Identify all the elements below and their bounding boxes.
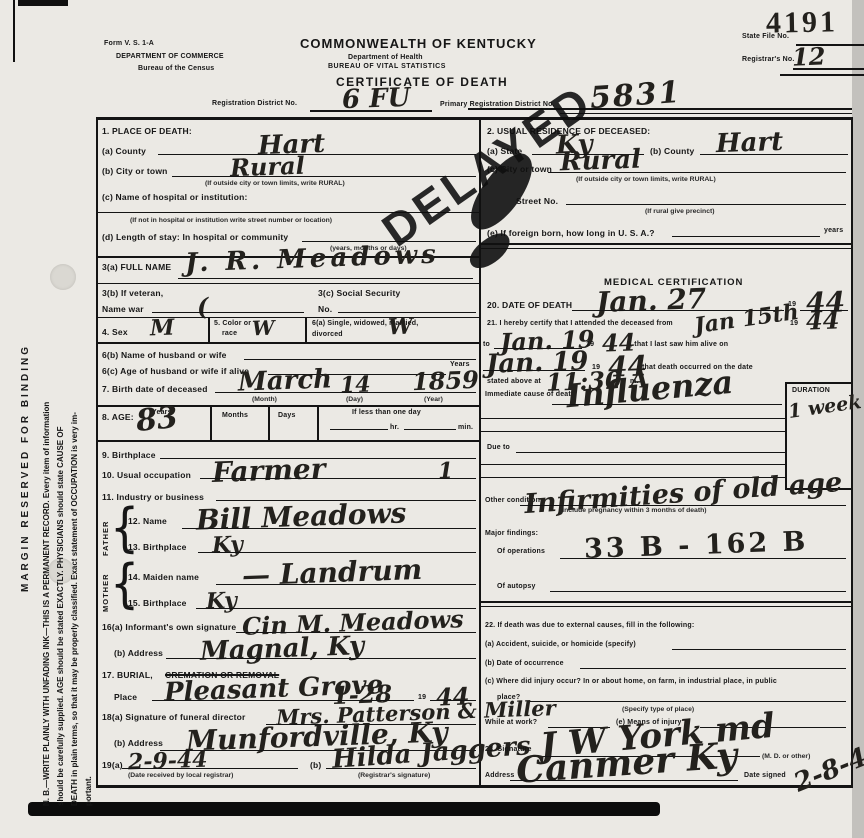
rule xyxy=(481,418,785,419)
form-border-right xyxy=(851,117,853,788)
of-operations-label: Of operations xyxy=(497,548,545,555)
rule xyxy=(310,110,432,112)
md-or-other-note: (M. D. or other) xyxy=(762,753,810,760)
street-location-note: (If not in hospital or institution write… xyxy=(130,217,332,224)
social-security-no-label: No. xyxy=(318,304,332,314)
where-injury-place-label: place? xyxy=(497,694,520,701)
father-name-value: Bill Meadows xyxy=(195,496,406,536)
registration-district-label: Registration District No. xyxy=(212,100,297,107)
father-birthplace-label: 13. Birthplace xyxy=(128,542,187,552)
foreign-born-years-unit: years xyxy=(824,227,843,234)
color-race-label-2: race xyxy=(222,330,237,337)
rule xyxy=(198,552,476,553)
color-race-value: W xyxy=(252,316,275,341)
rule xyxy=(215,392,476,393)
mother-birthplace-label: 15. Birthplace xyxy=(128,598,187,608)
physician-address-label: Address xyxy=(485,772,514,779)
certify-line2-text: , that I last saw him alive on xyxy=(630,341,728,348)
scan-edge-top xyxy=(18,0,68,6)
rule xyxy=(97,283,479,284)
registrar-signature-b-label: (b) xyxy=(310,760,321,770)
form-border-top xyxy=(97,117,853,120)
date-of-occurrence-label: (b) Date of occurrence xyxy=(485,660,564,667)
hospital-label: (c) Name of hospital or institution: xyxy=(102,192,248,202)
age-years-value: 83 xyxy=(134,400,179,439)
mother-birthplace-value: Ky xyxy=(206,587,238,614)
rule xyxy=(244,359,476,360)
age-label: 8. AGE: xyxy=(102,412,134,422)
rule xyxy=(560,113,852,114)
father-birthplace-value: Ky xyxy=(212,531,244,558)
attended-from-value: Jan 15th xyxy=(693,299,801,339)
rule xyxy=(208,317,210,342)
scan-edge-right xyxy=(852,0,864,838)
precinct-note: (If rural give precinct) xyxy=(645,208,715,215)
bureau-of-census: Bureau of the Census xyxy=(138,65,214,72)
rule xyxy=(481,601,851,603)
social-security-label: 3(c) Social Security xyxy=(318,288,400,298)
rule xyxy=(548,172,846,173)
occupation-stray-mark: 1 xyxy=(438,458,454,485)
birth-date-label: 7. Birth date of deceased xyxy=(102,384,208,394)
rule xyxy=(200,478,476,479)
mother-maiden-name-value: — Landrum xyxy=(241,553,422,592)
informant-signature-label: 16(a) Informant's own signature xyxy=(102,622,236,632)
rule xyxy=(481,243,851,245)
pregnancy-note: (Include pregnancy within 3 months of de… xyxy=(560,507,707,514)
street-no-label: Street No. xyxy=(516,196,558,206)
accident-suicide-label: (a) Accident, suicide, or homicide (spec… xyxy=(485,641,636,648)
of-operations-value: 33 B - 162 B xyxy=(584,526,809,565)
of-autopsy-label: Of autopsy xyxy=(497,583,536,590)
date-received-note: (Date received by local registrar) xyxy=(128,772,233,779)
dept-of-commerce: DEPARTMENT OF COMMERCE xyxy=(116,53,224,60)
day-note: (Day) xyxy=(346,396,363,403)
certify-line2-to: to xyxy=(483,341,490,348)
rule xyxy=(178,278,473,279)
scan-edge-left xyxy=(13,0,15,62)
month-note: (Month) xyxy=(252,396,277,403)
rule xyxy=(700,154,848,155)
city-town-value: Rural xyxy=(230,151,306,183)
rule xyxy=(481,464,785,465)
rule xyxy=(122,768,298,769)
informant-address-value: Magnal, Ky xyxy=(200,631,365,667)
while-at-work-label: While at work? xyxy=(485,719,537,726)
informant-address-label: (b) Address xyxy=(114,648,163,658)
margin-nb-line4: portant. xyxy=(84,161,93,806)
rule xyxy=(520,505,846,506)
margin-binding-text: MARGIN RESERVED FOR BINDING xyxy=(20,162,31,592)
where-injury-label: (c) Where did injury occur? In or about … xyxy=(485,678,777,685)
rule xyxy=(566,204,846,205)
rule xyxy=(560,558,846,559)
rule xyxy=(166,658,476,659)
rule xyxy=(552,404,782,405)
rule xyxy=(780,74,864,76)
rule xyxy=(516,452,785,453)
due-to-label: Due to xyxy=(487,444,510,451)
residence-rural-note: (If outside city or town limits, write R… xyxy=(576,176,716,183)
birth-date-day-value: 14 xyxy=(340,371,372,398)
state-file-label: State File No. xyxy=(742,33,789,40)
rule xyxy=(317,405,319,440)
veteran-label: 3(b) If veteran, xyxy=(102,288,163,298)
rule xyxy=(530,701,846,702)
registrar-signature-note: (Registrar's signature) xyxy=(358,772,430,779)
residence-county-label: (b) County xyxy=(650,146,695,156)
specify-place-note: (Specify type of place) xyxy=(622,706,694,713)
rule xyxy=(672,649,846,650)
external-causes-title: 22. If death was due to external causes,… xyxy=(485,622,694,629)
city-town-label: (b) City or town xyxy=(102,166,168,176)
funeral-director-address-label: (b) Address xyxy=(114,738,163,748)
husband-wife-age-label: 6(c) Age of husband or wife if alive xyxy=(102,366,249,376)
mother-side-label: MOTHER xyxy=(101,562,110,612)
marital-status-value: W xyxy=(388,314,414,341)
rule xyxy=(404,429,456,430)
less-than-one-day-label: If less than one day xyxy=(352,409,421,416)
full-name-label: 3(a) FULL NAME xyxy=(102,262,171,272)
rural-note: (If outside city or town limits, write R… xyxy=(205,180,345,187)
rule xyxy=(481,248,851,249)
rule xyxy=(152,312,304,313)
form-border-left xyxy=(96,117,98,788)
rule xyxy=(326,768,476,769)
rule xyxy=(158,154,476,155)
rule xyxy=(305,317,307,342)
date-of-death-value: Jan. 27 xyxy=(595,282,706,319)
occupation-value: Farmer xyxy=(211,452,326,489)
foreign-born-label: (e) If foreign born, how long in U. S. A… xyxy=(487,228,655,238)
date-signed-label: Date signed xyxy=(744,772,786,779)
rule xyxy=(672,236,820,237)
sex-value: M xyxy=(150,315,175,342)
age-days-label: Days xyxy=(278,412,296,419)
burial-place-label: Place xyxy=(114,692,137,702)
bureau-vital-statistics: BUREAU OF VITAL STATISTICS xyxy=(328,63,446,70)
rule xyxy=(580,668,846,669)
major-findings-label: Major findings: xyxy=(485,530,538,537)
rule xyxy=(182,528,476,529)
rule xyxy=(550,591,846,592)
scan-edge-bottom-band xyxy=(28,802,660,816)
father-side-label: FATHER xyxy=(101,506,110,556)
registrars-no-label: Registrar's No. xyxy=(742,56,795,63)
rule xyxy=(97,440,479,442)
margin-nb-line2: should be carefully supplied. AGE should… xyxy=(56,161,65,806)
margin-nb-line3: DEATH in plain terms, so that it may be … xyxy=(70,161,79,806)
sex-label: 4. Sex xyxy=(102,327,128,337)
age-months-label: Months xyxy=(222,412,248,419)
father-name-label: 12. Name xyxy=(128,516,167,526)
year-note: (Year) xyxy=(424,396,443,403)
rule xyxy=(481,431,785,432)
rule xyxy=(216,584,476,585)
hr-label: hr. xyxy=(390,424,399,431)
death-certificate-scan: MARGIN RESERVED FOR BINDING N. B.—WRITE … xyxy=(0,0,864,838)
length-of-stay-label: (d) Length of stay: In hospital or commu… xyxy=(102,232,288,242)
commonwealth-title: COMMONWEALTH OF KENTUCKY xyxy=(300,36,537,51)
color-race-label-1: 5. Color or xyxy=(214,320,251,327)
rule xyxy=(210,405,212,440)
husband-wife-name-label: 6(b) Name of husband or wife xyxy=(102,350,227,360)
funeral-director-label: 18(a) Signature of funeral director xyxy=(102,712,246,722)
county-label: (a) County xyxy=(102,146,146,156)
occupation-label: 10. Usual occupation xyxy=(102,470,191,480)
birthplace-label: 9. Birthplace xyxy=(102,450,156,460)
rule xyxy=(97,342,479,344)
margin-nb-line1: N. B.—WRITE PLAINLY WITH UNFADING INK—TH… xyxy=(42,161,51,806)
certify-line1-year-printed: 19 xyxy=(790,320,798,327)
rule xyxy=(510,780,738,781)
certify-line1-year-value: 44 xyxy=(806,305,840,335)
mother-maiden-name-label: 14. Maiden name xyxy=(128,572,199,582)
dept-of-health: Department of Health xyxy=(348,54,423,61)
form-number: Form V. S. 1-A xyxy=(104,40,154,47)
min-label: min. xyxy=(458,424,473,431)
burial-label: 17. BURIAL, xyxy=(102,670,153,680)
duration-box-top-border xyxy=(785,382,851,384)
form-border-bottom xyxy=(97,785,853,788)
duration-label: DURATION xyxy=(792,387,830,394)
date-of-death-label: 20. DATE OF DEATH xyxy=(487,300,572,310)
certify-line4-text: stated above at xyxy=(487,378,541,385)
date-received-label: 19(a) xyxy=(102,760,123,770)
rule xyxy=(330,429,388,430)
rule xyxy=(793,68,864,70)
place-of-death-title: 1. PLACE OF DEATH: xyxy=(102,126,192,136)
rule xyxy=(481,606,851,607)
marital-status-label-2: divorced xyxy=(312,331,343,338)
rule xyxy=(268,405,270,440)
immediate-cause-label: Immediate cause of death xyxy=(485,391,575,398)
veteran-war-label: Name war xyxy=(102,304,144,314)
